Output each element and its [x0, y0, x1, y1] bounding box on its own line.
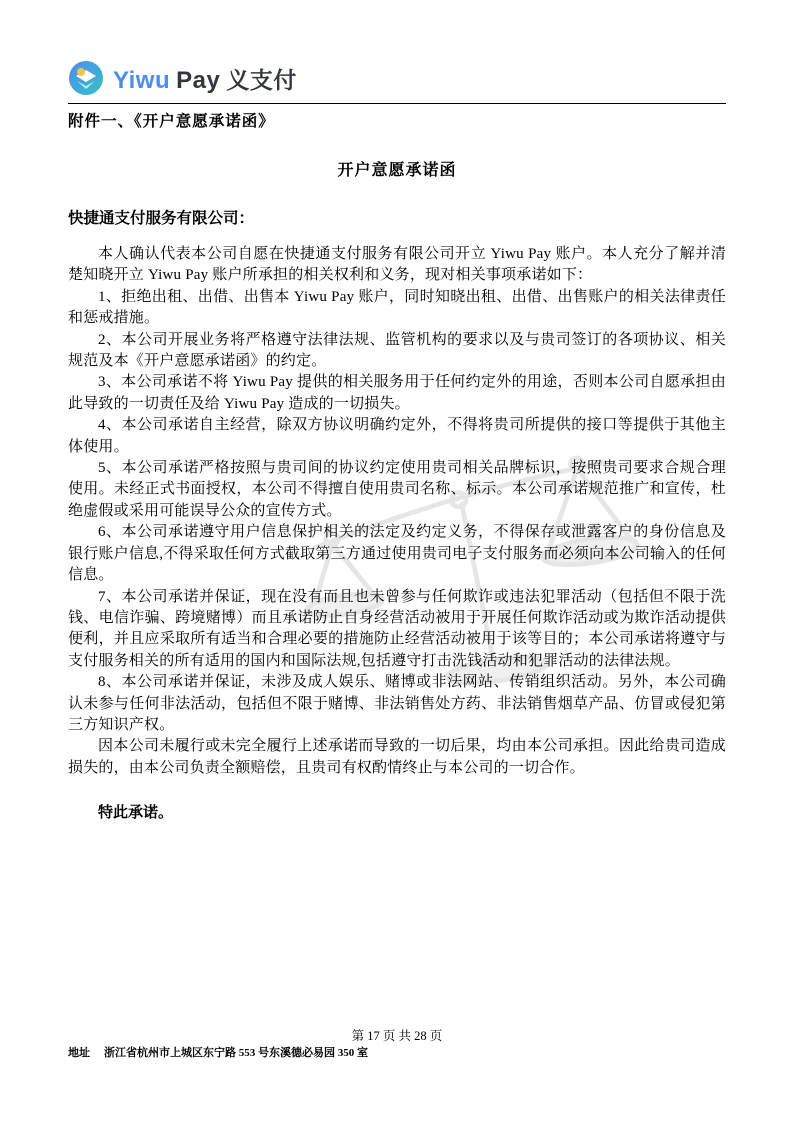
document-body: 本人确认代表本公司自愿在快捷通支付服务有限公司开立 Yiwu Pay 账户。本人…: [68, 244, 726, 779]
salutation: 快捷通支付服务有限公司：: [68, 206, 726, 228]
logo: Yiwu Pay 义支付: [68, 58, 726, 98]
body-paragraph: 6、本公司承诺遵守用户信息保护相关的法定及约定义务，不得保存或泄露客户的身份信息…: [68, 522, 726, 586]
brand-yiwu-text: Yiwu: [113, 67, 170, 95]
brand-pay-text: Pay: [176, 67, 220, 95]
address-label: 地址: [68, 1047, 90, 1059]
page-number: 第 17 页 共 28 页: [0, 1026, 794, 1044]
body-paragraph: 2、本公司开展业务将严格遵守法律法规、监管机构的要求以及与贵司签订的各项协议、相…: [68, 330, 726, 373]
body-paragraph: 因本公司未履行或未完全履行上述承诺而导致的一切后果，均由本公司承担。因此给贵司造…: [68, 736, 726, 779]
body-paragraph: 5、本公司承诺严格按照与贵司间的协议约定使用贵司相关品牌标识，按照贵司要求合规合…: [68, 458, 726, 522]
body-paragraph: 7、本公司承诺并保证，现在没有而且也未曾参与任何欺诈或违法犯罪活动（包括但不限于…: [68, 587, 726, 673]
logo-wordmark: Yiwu Pay 义支付: [113, 62, 297, 95]
body-paragraph: 8、本公司承诺并保证，未涉及成人娱乐、赌博或非法网站、传销组织活动。另外，本公司…: [68, 672, 726, 736]
body-paragraph: 本人确认代表本公司自愿在快捷通支付服务有限公司开立 Yiwu Pay 账户。本人…: [68, 244, 726, 287]
body-paragraph: 4、本公司承诺自主经营，除双方协议明确约定外，不得将贵司所提供的接口等提供于其他…: [68, 415, 726, 458]
body-paragraph: 3、本公司承诺不将 Yiwu Pay 提供的相关服务用于任何约定外的用途，否则本…: [68, 372, 726, 415]
brand-chinese-text: 义支付: [226, 62, 297, 95]
attachment-heading: 附件一、《开户意愿承诺函》: [68, 109, 726, 131]
yiwupay-logo-icon: [68, 60, 104, 96]
page-content: Yiwu Pay 义支付 附件一、《开户意愿承诺函》 开户意愿承诺函 快捷通支付…: [0, 0, 794, 822]
closing-statement: 特此承诺。: [68, 801, 726, 822]
document-title: 开户意愿承诺函: [68, 157, 726, 180]
footer-address: 地址浙江省杭州市上城区东宁路 553 号东溪德必易园 350 室: [68, 1044, 368, 1060]
header-divider: [68, 103, 726, 104]
body-paragraph: 1、拒绝出租、出借、出售本 Yiwu Pay 账户，同时知晓出租、出借、出售账户…: [68, 287, 726, 330]
address-value: 浙江省杭州市上城区东宁路 553 号东溪德必易园 350 室: [104, 1047, 368, 1059]
document-page: Yiwu Pay 义支付 附件一、《开户意愿承诺函》 开户意愿承诺函 快捷通支付…: [0, 0, 794, 1123]
